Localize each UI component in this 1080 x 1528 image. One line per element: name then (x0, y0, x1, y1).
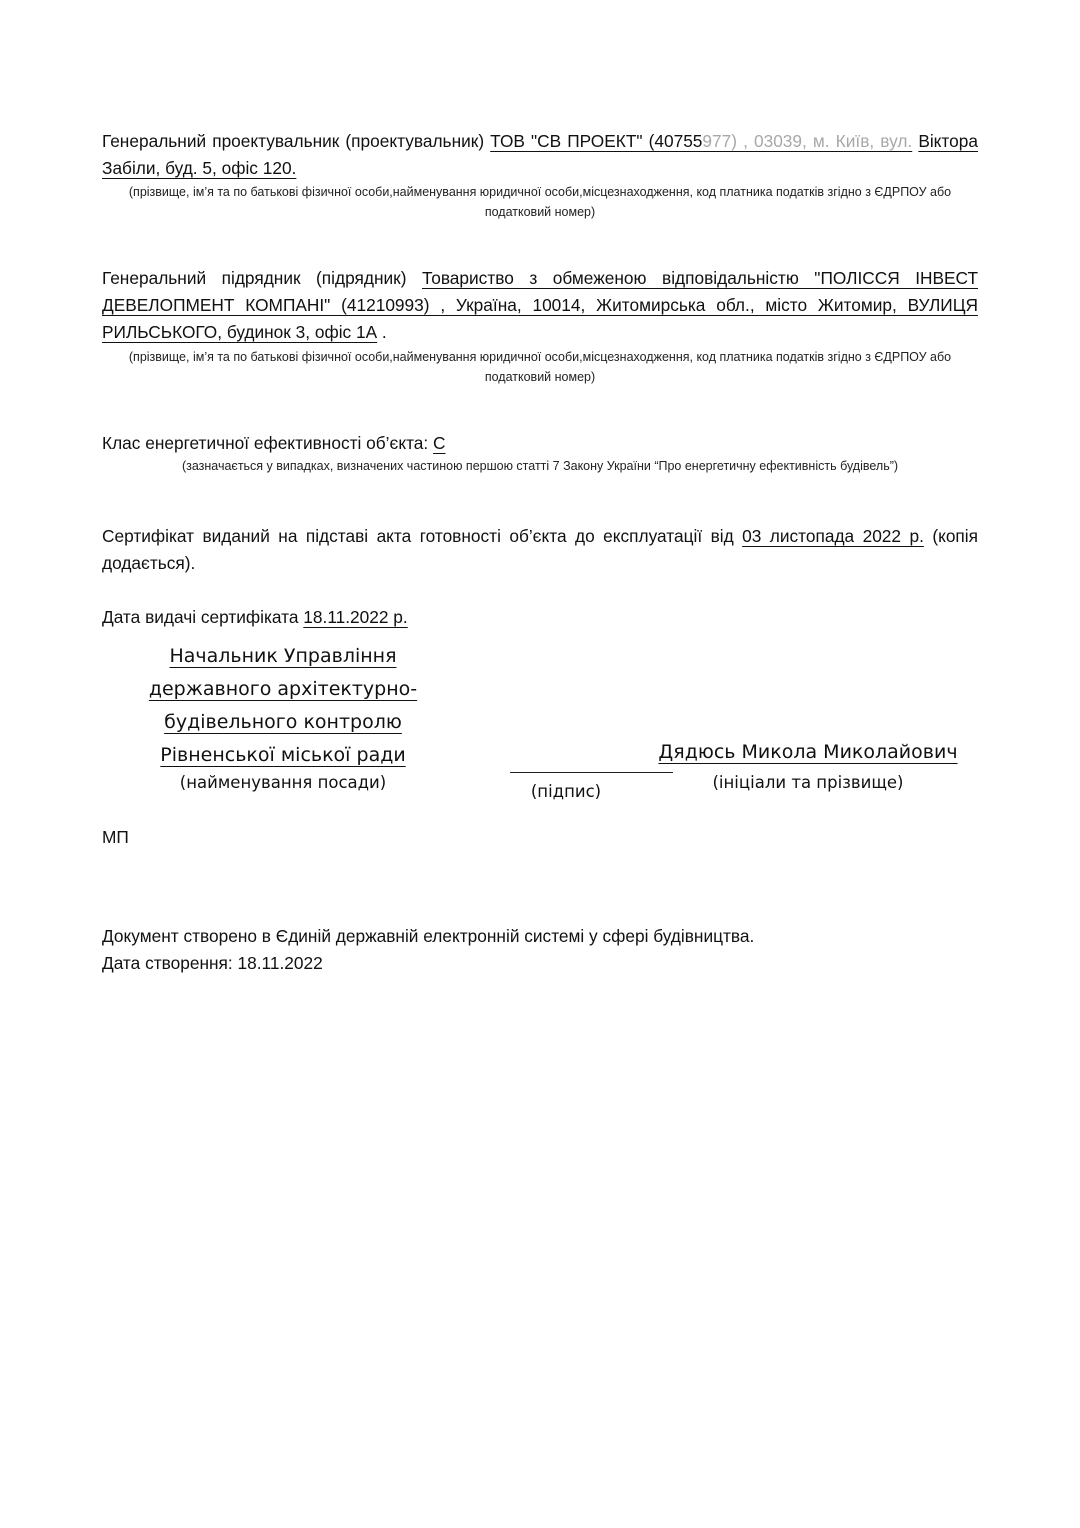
general-designer-label: Генеральний проектувальник (проектувальн… (102, 131, 484, 151)
issue-date-paragraph: Дата видачі сертифіката 18.11.2022 р. (102, 604, 978, 631)
certificate-basis-paragraph: Сертифікат виданий на підставі акта гото… (102, 523, 978, 577)
official-name: Дядюсь Микола Миколайович (640, 741, 976, 763)
name-caption: (ініціали та прізвище) (640, 773, 976, 792)
energy-class-paragraph: Клас енергетичної ефективності об’єкта: … (102, 430, 978, 457)
issue-date-value: 18.11.2022 р. (303, 607, 407, 627)
document-page: Генеральний проектувальник (проектувальн… (0, 0, 1080, 1528)
general-designer-paragraph: Генеральний проектувальник (проектувальн… (102, 128, 978, 182)
footer-created-in-system: Документ створено в Єдиній державній еле… (102, 923, 978, 950)
general-contractor-note: (прізвище, ім’я та по батькові фізичної … (102, 347, 978, 387)
general-designer-note: (прізвище, ім’я та по батькові фізичної … (102, 182, 978, 222)
signature-caption: (підпис) (510, 782, 622, 801)
general-designer-value: ТОВ "СВ ПРОЕКТ" (40755977) , 03039, м. К… (490, 131, 912, 151)
issue-date-label: Дата видачі сертифіката (102, 607, 298, 627)
energy-class-value: С (433, 433, 445, 453)
official-position: Начальник Управління державного архітект… (130, 640, 436, 772)
general-contractor-label: Генеральний підрядник (підрядник) (102, 268, 406, 288)
position-caption: (найменування посади) (130, 773, 436, 792)
stamp-label: МП (102, 824, 978, 851)
energy-class-label: Клас енергетичної ефективності об’єкта: (102, 433, 428, 453)
readiness-act-date: 03 листопада 2022 р. (742, 526, 924, 546)
energy-class-note: (зазначається у випадках, визначених час… (102, 456, 978, 476)
footer-creation-date: Дата створення: 18.11.2022 (102, 950, 978, 977)
general-contractor-paragraph: Генеральний підрядник (підрядник) Товари… (102, 265, 978, 346)
